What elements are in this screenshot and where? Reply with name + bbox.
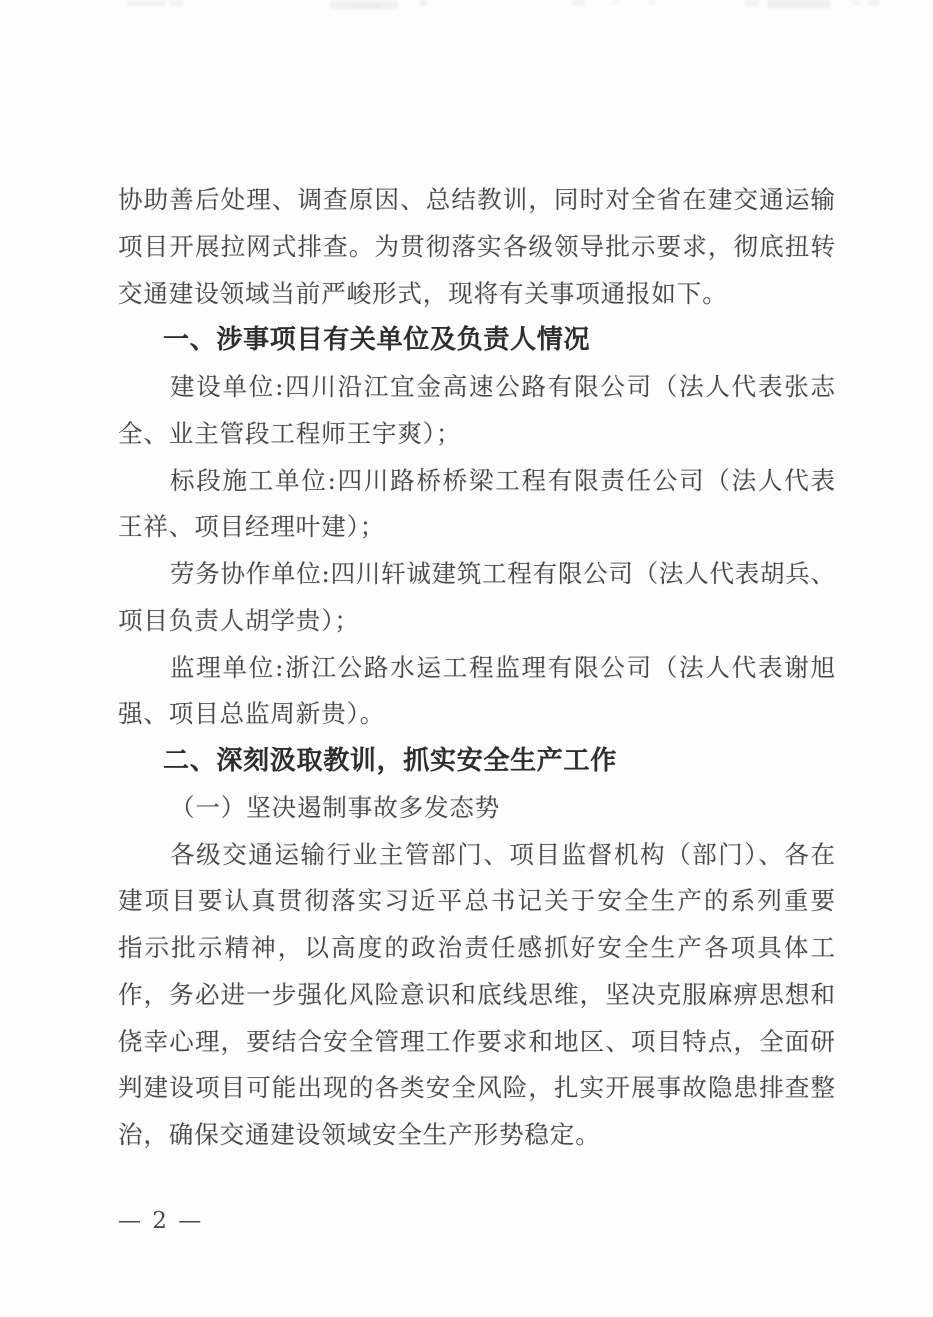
scan-artifact <box>612 0 619 5</box>
body-text-line: 王祥、项目经理叶建）； <box>118 504 835 551</box>
body-text-line: 作，务必进一步强化风险意识和底线思维，坚决克服麻痹思想和 <box>118 972 835 1019</box>
document-body: 协助善后处理、调查原因、总结教训，同时对全省在建交通运输项目开展拉网式排查。为贯… <box>118 177 835 1159</box>
scan-artifact <box>853 0 860 5</box>
scan-artifact <box>745 0 758 7</box>
body-text-line: 劳务协作单位:四川轩诚建筑工程有限公司（法人代表胡兵、 <box>118 551 835 598</box>
scan-artifact <box>767 0 830 8</box>
scan-artifact <box>127 0 165 7</box>
section-heading-line: 二、深刻汲取教训，抓实安全生产工作 <box>118 738 835 785</box>
scan-artifact <box>170 0 183 7</box>
scan-artifact <box>572 0 586 6</box>
body-text-line: 标段施工单位:四川路桥桥梁工程有限责任公司（法人代表 <box>118 458 835 505</box>
scan-artifact <box>868 0 879 6</box>
scanned-document-page: 协助善后处理、调查原因、总结教训，同时对全省在建交通运输项目开展拉网式排查。为贯… <box>0 0 933 1317</box>
body-text-line: 监理单位:浙江公路水运工程监理有限公司（法人代表谢旭 <box>118 645 835 692</box>
body-text-line: 治，确保交通建设领域安全生产形势稳定。 <box>118 1112 835 1159</box>
section-heading-line: 一、涉事项目有关单位及负责人情况 <box>118 317 835 364</box>
scan-artifact <box>420 0 427 6</box>
body-text-line: 强、项目总监周新贵）。 <box>118 691 835 738</box>
body-text-line: 项目负责人胡学贵）； <box>118 598 835 645</box>
page-number: — 2 — <box>118 1208 203 1234</box>
body-text-line: 建项目要认真贯彻落实习近平总书记关于安全生产的系列重要 <box>118 878 835 925</box>
body-text-line: 协助善后处理、调查原因、总结教训，同时对全省在建交通运输 <box>118 177 835 224</box>
body-text-line: 全、业主管段工程师王宇爽）； <box>118 411 835 458</box>
body-text-line: 判建设项目可能出现的各类安全风险，扎实开展事故隐患排查整 <box>118 1065 835 1112</box>
body-text-line: 各级交通运输行业主管部门、项目监督机构（部门）、各在 <box>118 832 835 879</box>
body-text-line: 项目开展拉网式排查。为贯彻落实各级领导批示要求，彻底扭转 <box>118 224 835 271</box>
scan-artifact <box>648 0 655 5</box>
body-text-line: （一）坚决遏制事故多发态势 <box>118 785 835 832</box>
body-text-line: 建设单位:四川沿江宜金高速公路有限公司（法人代表张志 <box>118 364 835 411</box>
body-text-line: 指示批示精神，以高度的政治责任感抓好安全生产各项具体工 <box>118 925 835 972</box>
body-text-line: 交通建设领域当前严峻形式，现将有关事项通报如下。 <box>118 271 835 318</box>
scan-edge-artifacts <box>0 0 933 14</box>
body-text-line: 侥幸心理，要结合安全管理工作要求和地区、项目特点，全面研 <box>118 1019 835 1066</box>
scan-artifact <box>353 4 379 7</box>
